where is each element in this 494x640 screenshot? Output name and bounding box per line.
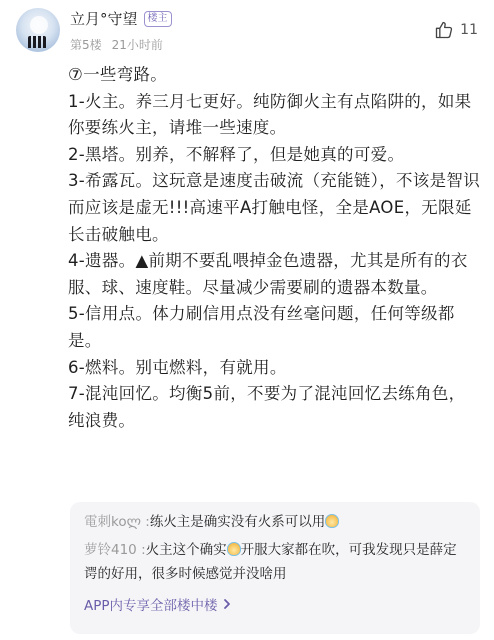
content-paragraph: ⑦一些弯路。 bbox=[68, 62, 480, 89]
reply-author[interactable]: 萝铃410 bbox=[84, 542, 137, 558]
thumbs-up-icon bbox=[434, 20, 454, 40]
money-bag-emoji-icon bbox=[325, 514, 339, 528]
avatar[interactable] bbox=[16, 8, 60, 52]
content-paragraph: 4-遗器。▲前期不要乱喂掉金色遗器，尤其是所有的衣服、球、速度鞋。尽量减少需要刷… bbox=[68, 248, 480, 301]
sub-reply[interactable]: 電刺koლ :练火主是确实没有火系可以用 bbox=[84, 510, 466, 534]
content-paragraph: 2-黑塔。别养，不解释了，但是她真的可爱。 bbox=[68, 142, 480, 169]
like-count: 11 bbox=[460, 22, 478, 38]
content-paragraph: 1-火主。养三月七更好。纯防御火主有点陷阱的，如果你要练火主，请堆一些速度。 bbox=[68, 89, 480, 142]
author-name[interactable]: 立月°守望 bbox=[70, 8, 138, 29]
reply-separator: : bbox=[137, 542, 146, 558]
post-meta: 第5楼 21小时前 bbox=[70, 36, 163, 53]
author-header: 立月°守望 楼主 bbox=[70, 8, 172, 29]
chevron-right-icon bbox=[222, 598, 232, 610]
money-bag-emoji-icon bbox=[227, 542, 241, 556]
avatar-cloud-shape bbox=[30, 16, 48, 34]
post-content: ⑦一些弯路。 1-火主。养三月七更好。纯防御火主有点陷阱的，如果你要练火主，请堆… bbox=[68, 62, 480, 434]
avatar-figures-shape bbox=[28, 36, 46, 48]
content-paragraph: 3-希露瓦。这玩意是速度击破流（充能链），不该是智识而应该是虚无!!!高速平A打… bbox=[68, 168, 480, 248]
reply-separator: : bbox=[141, 514, 150, 530]
like-button[interactable]: 11 bbox=[434, 20, 478, 40]
content-paragraph: 5-信用点。体力刷信用点没有丝毫问题，任何等级都是。 bbox=[68, 301, 480, 354]
view-all-replies-link[interactable]: APP内专享全部楼中楼 bbox=[84, 594, 466, 614]
op-badge: 楼主 bbox=[144, 11, 172, 27]
content-paragraph: 7-混沌回忆。均衡5前，不要为了混沌回忆去练角色，纯浪费。 bbox=[68, 381, 480, 434]
reply-author[interactable]: 電刺koლ bbox=[84, 514, 141, 530]
floor-number: 第5楼 bbox=[70, 36, 102, 53]
reply-text: 火主这个确实 bbox=[146, 542, 227, 558]
post-time: 21小时前 bbox=[112, 36, 163, 53]
reply-text: 练火主是确实没有火系可以用 bbox=[150, 514, 326, 530]
sub-reply[interactable]: 萝铃410 :火主这个确实开服大家都在吹，可我发现只是薛定谔的好用，很多时候感觉… bbox=[84, 538, 466, 586]
forum-post: 立月°守望 楼主 第5楼 21小时前 11 ⑦一些弯路。 1-火主。养三月七更好… bbox=[0, 0, 494, 640]
sub-replies-panel: 電刺koლ :练火主是确实没有火系可以用 萝铃410 :火主这个确实开服大家都在… bbox=[70, 502, 480, 634]
content-paragraph: 6-燃料。别屯燃料，有就用。 bbox=[68, 355, 480, 382]
view-all-replies-label: APP内专享全部楼中楼 bbox=[84, 594, 218, 614]
